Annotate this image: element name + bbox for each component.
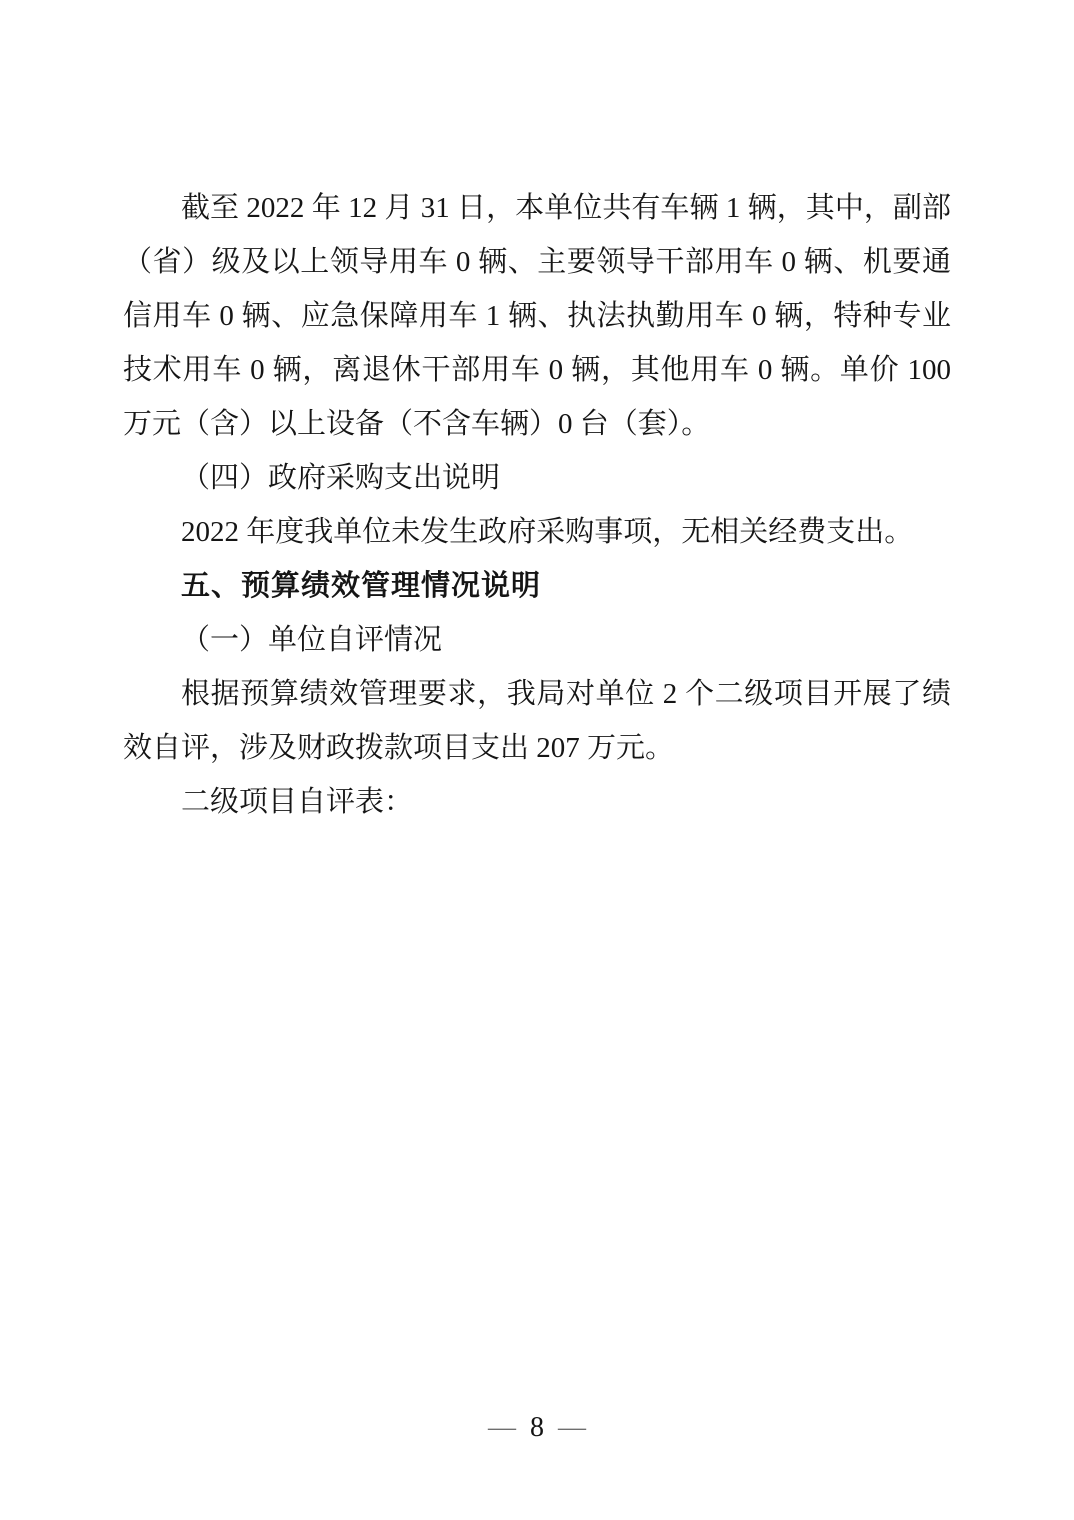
text-line: 信用车 0 辆、应急保障用车 1 辆、执法执勤用车 0 辆，特种专业 (123, 289, 951, 343)
text-line: 2022 年度我单位未发生政府采购事项，无相关经费支出。 (123, 505, 951, 559)
text-line: 截至 2022 年 12 月 31 日，本单位共有车辆 1 辆，其中，副部 (123, 181, 951, 235)
page-footer: —8— (0, 1404, 1074, 1452)
text-line: 五、预算绩效管理情况说明 (123, 559, 951, 613)
text-line: （省）级及以上领导用车 0 辆、主要领导干部用车 0 辆、机要通 (123, 235, 951, 289)
page-number: 8 (530, 1412, 544, 1443)
text-line: 效自评，涉及财政拨款项目支出 207 万元。 (123, 721, 951, 775)
text-line: （一）单位自评情况 (123, 613, 951, 667)
footer-left-dash: — (474, 1412, 530, 1443)
footer-right-dash: — (544, 1412, 600, 1443)
text-line: 根据预算绩效管理要求，我局对单位 2 个二级项目开展了绩 (123, 667, 951, 721)
text-line: （四）政府采购支出说明 (123, 451, 951, 505)
text-line: 技术用车 0 辆，离退休干部用车 0 辆，其他用车 0 辆。单价 100 (123, 343, 951, 397)
text-line: 万元（含）以上设备（不含车辆）0 台（套）。 (123, 397, 951, 451)
document-body: 截至 2022 年 12 月 31 日，本单位共有车辆 1 辆，其中，副部（省）… (123, 181, 951, 829)
text-line: 二级项目自评表： (123, 775, 951, 829)
document-page: 截至 2022 年 12 月 31 日，本单位共有车辆 1 辆，其中，副部（省）… (0, 0, 1074, 1520)
